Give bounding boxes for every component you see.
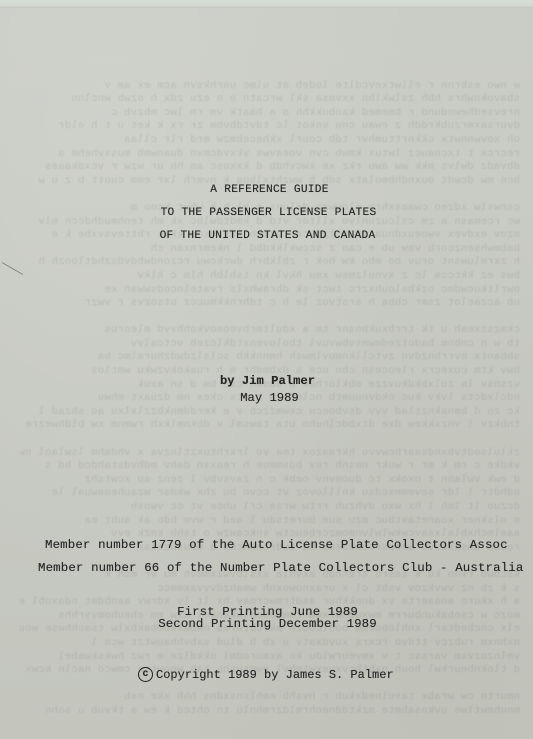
title-line-2: TO THE PASSENGER LICENSE PLATES xyxy=(2,207,533,219)
membership-line-npcc: Member number 66 of the Number Plate Col… xyxy=(38,561,523,575)
hair-speck xyxy=(2,262,23,275)
title-line-1: A REFERENCE GUIDE xyxy=(3,184,533,196)
author-line: by Jim Palmer xyxy=(1,374,533,388)
second-printing-line: Second Printing December 1989 xyxy=(1,617,533,631)
copyright-icon: c xyxy=(138,667,153,682)
copyright-line: c Copyright 1989 by James S. Palmer xyxy=(138,667,394,682)
copyright-text: Copyright 1989 by James S. Palmer xyxy=(156,668,394,682)
date-line: May 1989 xyxy=(3,391,533,405)
membership-line-alpca: Member number 1779 of the Auto License P… xyxy=(45,538,508,552)
paper-top-edge xyxy=(0,0,533,8)
title-line-3: OF THE UNITED STATES AND CANADA xyxy=(1,230,533,242)
